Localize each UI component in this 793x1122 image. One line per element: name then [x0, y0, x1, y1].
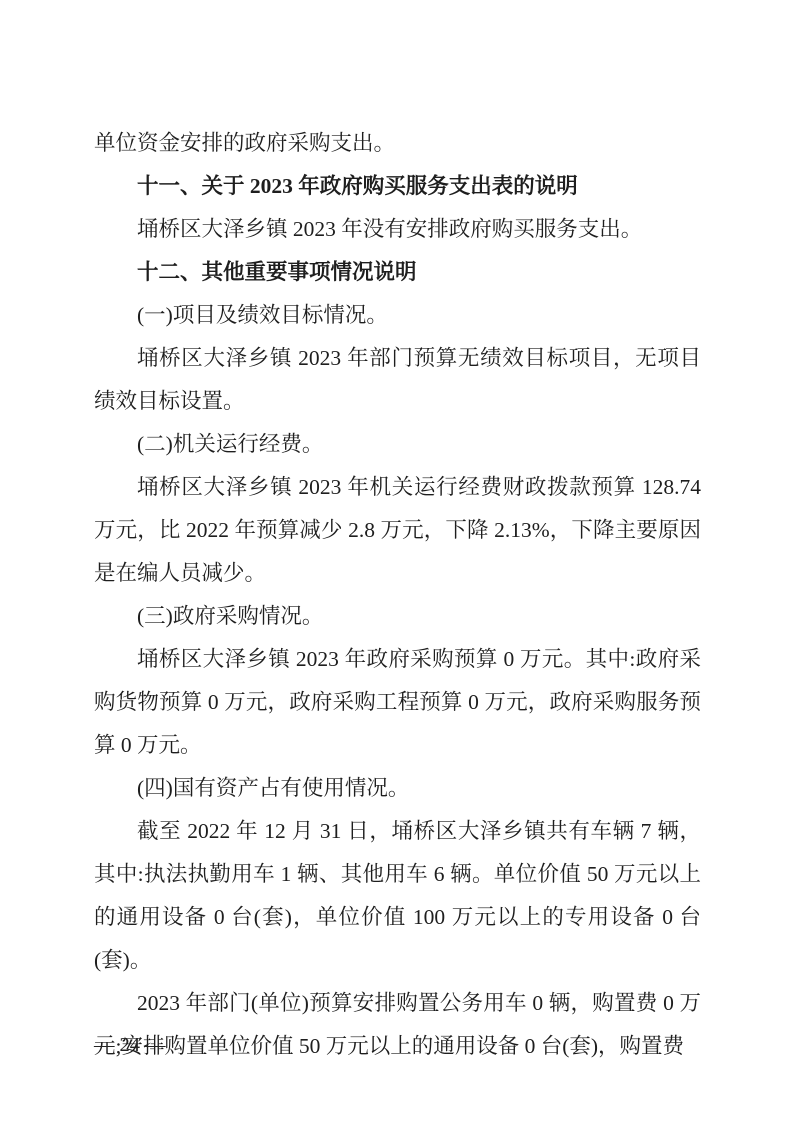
- section-heading: 十二、其他重要事项情况说明: [94, 251, 701, 294]
- page-number: 24: [120, 1034, 141, 1056]
- paragraph: 埇桥区大泽乡镇 2023 年政府采购预算 0 万元。其中:政府采购货物预算 0 …: [94, 638, 701, 767]
- paragraph: (一)项目及绩效目标情况。: [94, 294, 701, 337]
- paragraph: 埇桥区大泽乡镇 2023 年部门预算无绩效目标项目，无项目绩效目标设置。: [94, 337, 701, 423]
- paragraph: 截至 2022 年 12 月 31 日，埇桥区大泽乡镇共有车辆 7 辆，其中:执…: [94, 810, 701, 982]
- page-footer: —24—: [94, 1033, 166, 1057]
- section-heading: 十一、关于 2023 年政府购买服务支出表的说明: [94, 165, 701, 208]
- document-content: 单位资金安排的政府采购支出。十一、关于 2023 年政府购买服务支出表的说明埇桥…: [94, 122, 701, 1068]
- paragraph: 埇桥区大泽乡镇 2023 年机关运行经费财政拨款预算 128.74 万元，比 2…: [94, 466, 701, 595]
- paragraph: (三)政府采购情况。: [94, 595, 701, 638]
- paragraph: (四)国有资产占有使用情况。: [94, 767, 701, 810]
- paragraph: (二)机关运行经费。: [94, 423, 701, 466]
- footer-left-dash: —: [94, 1034, 115, 1056]
- footer-right-dash: —: [145, 1034, 166, 1056]
- paragraph: 埇桥区大泽乡镇 2023 年没有安排政府购买服务支出。: [94, 208, 701, 251]
- paragraph: 2023 年部门(单位)预算安排购置公务用车 0 辆，购置费 0 万元;安排购置…: [94, 982, 701, 1068]
- document-page: 单位资金安排的政府采购支出。十一、关于 2023 年政府购买服务支出表的说明埇桥…: [0, 0, 793, 1122]
- paragraph: 单位资金安排的政府采购支出。: [94, 122, 701, 165]
